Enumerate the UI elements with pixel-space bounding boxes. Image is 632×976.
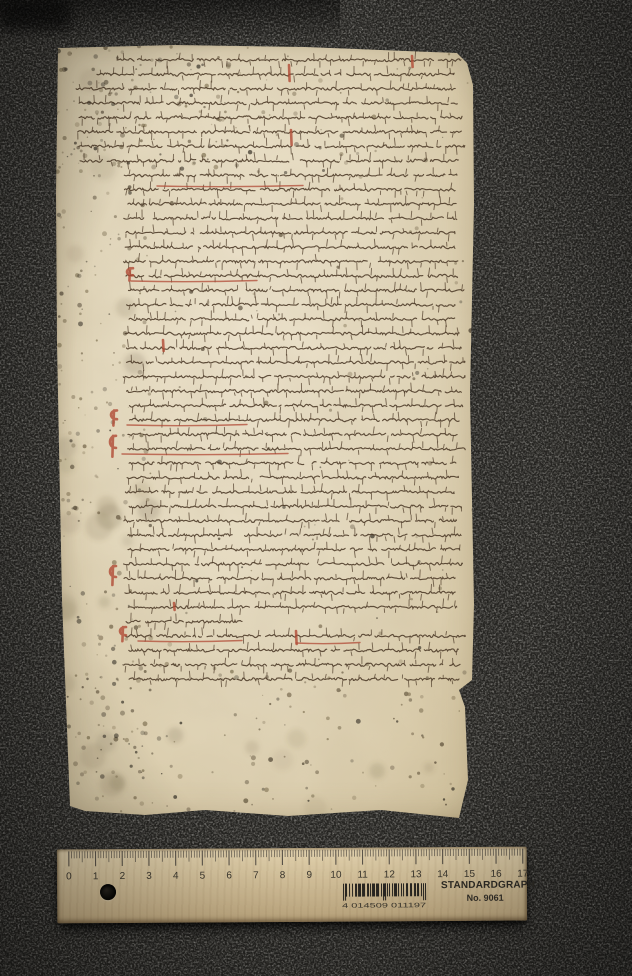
cm-mm-ticks: [69, 849, 523, 867]
barcode: [343, 883, 426, 901]
svg-text:8: 8: [280, 870, 286, 881]
ruler: 012345678910111213141516174 014509 01119…: [57, 847, 527, 924]
ruler-model-label: No. 9061: [441, 893, 529, 904]
svg-text:3: 3: [146, 871, 152, 882]
svg-text:14: 14: [437, 869, 449, 880]
svg-text:6: 6: [226, 870, 232, 881]
svg-text:0: 0: [66, 871, 72, 882]
svg-text:10: 10: [330, 870, 342, 881]
barcode-digits: 4 014509 011197: [342, 902, 427, 910]
svg-text:12: 12: [384, 869, 396, 880]
svg-text:2: 2: [120, 871, 126, 882]
svg-text:7: 7: [253, 870, 259, 881]
ruler-brand-label: STANDARDGRAPH: [441, 880, 529, 892]
svg-text:15: 15: [464, 869, 476, 880]
svg-text:5: 5: [200, 871, 206, 882]
svg-text:13: 13: [410, 869, 422, 880]
photograph-manuscript-with-ruler: 012345678910111213141516174 014509 01119…: [0, 0, 632, 976]
svg-text:4: 4: [173, 871, 179, 882]
svg-text:1: 1: [93, 871, 99, 882]
manuscript-page: [55, 44, 479, 820]
svg-text:11: 11: [357, 870, 368, 881]
svg-text:17: 17: [517, 869, 527, 880]
backdrop-corner-shadow: [0, 0, 70, 30]
svg-text:9: 9: [306, 870, 312, 881]
manuscript-content: [55, 44, 479, 820]
ruler-hanging-hole: [100, 884, 116, 900]
svg-text:16: 16: [491, 869, 503, 880]
